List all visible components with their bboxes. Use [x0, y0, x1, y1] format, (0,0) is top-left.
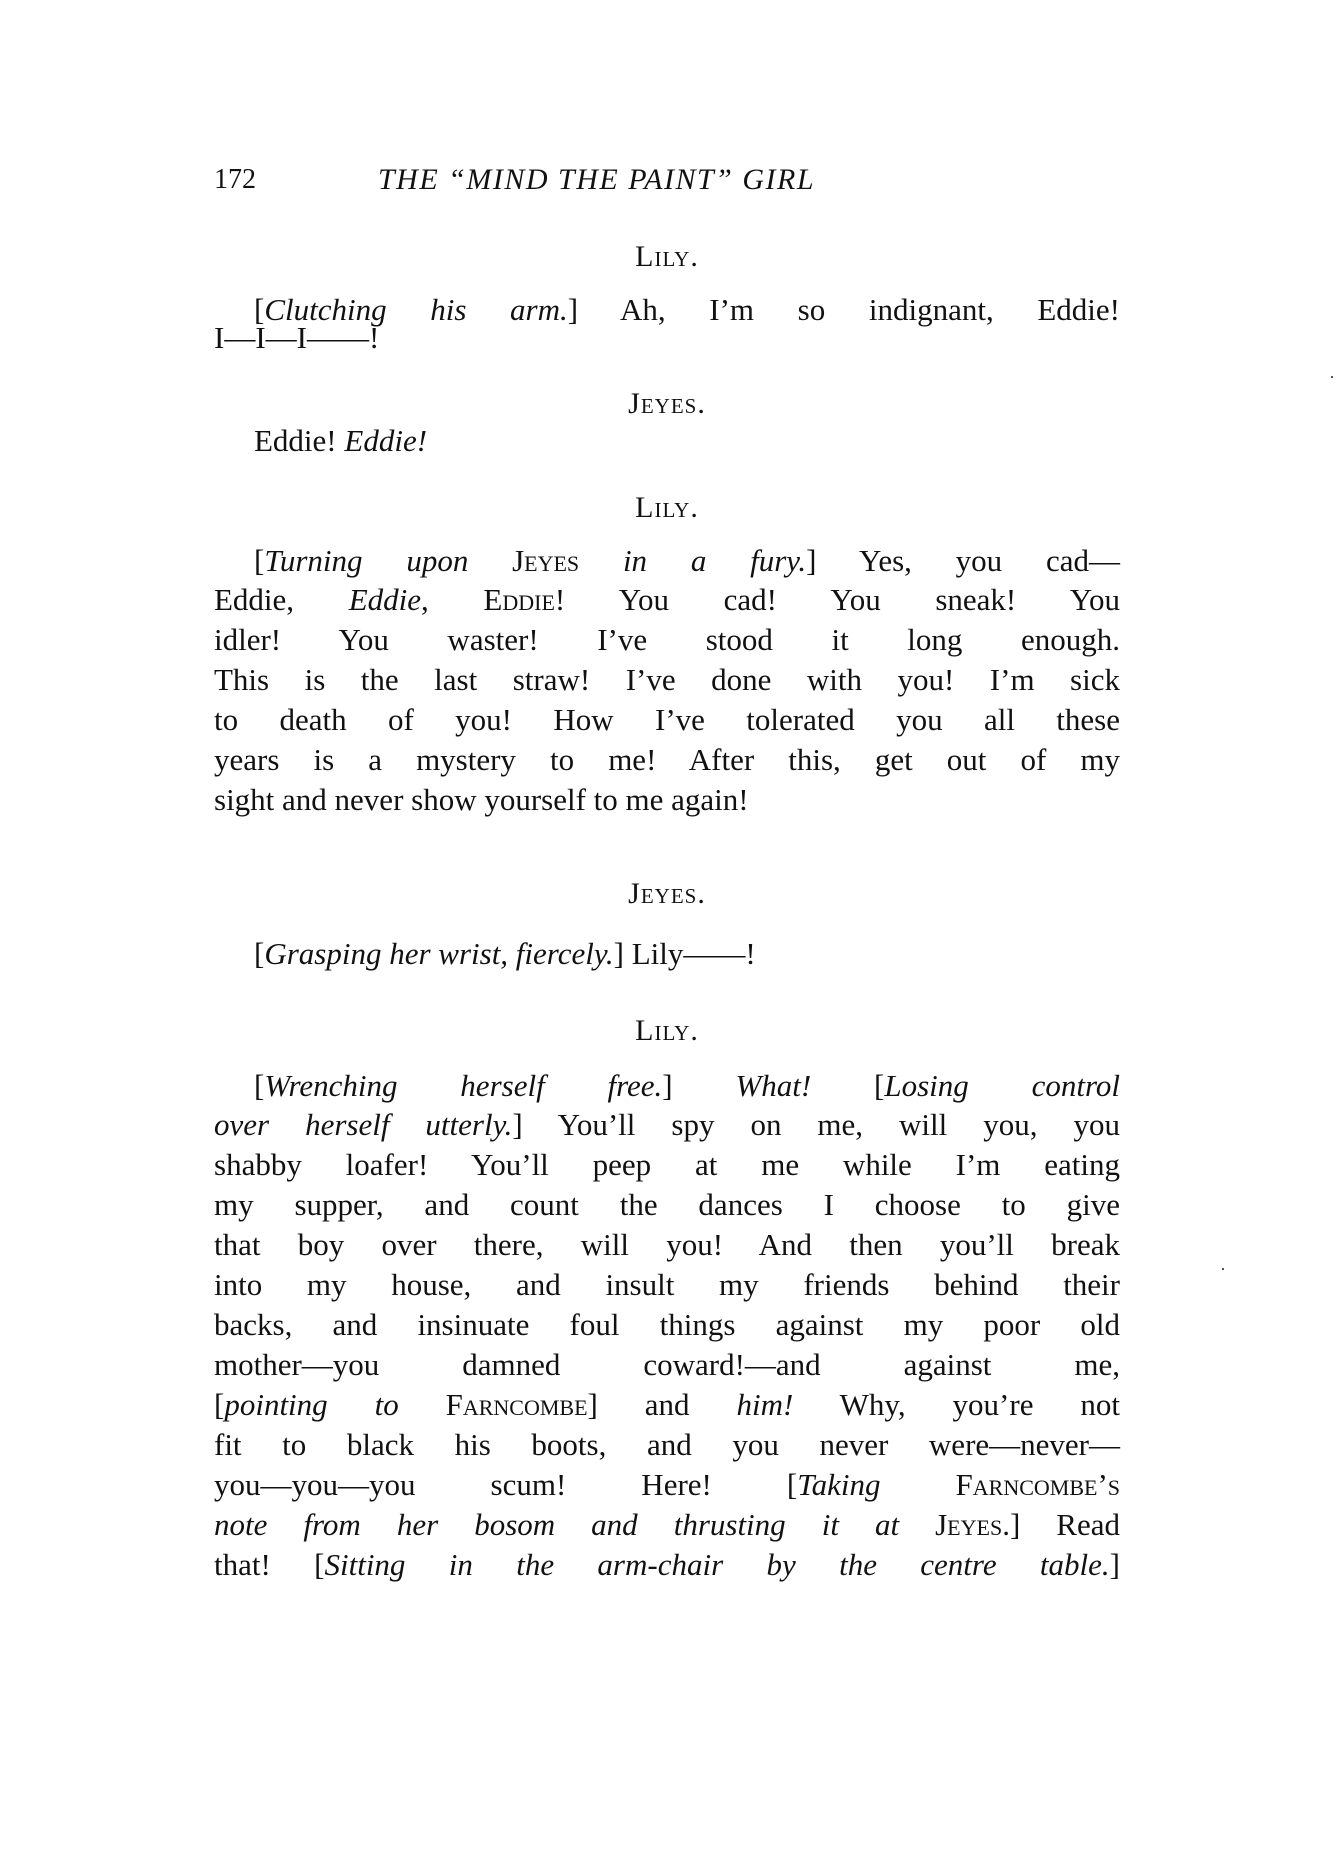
spoken-text: ] Yes, you cad—	[806, 543, 1120, 578]
dialogue-line: note from her bosom and thrusting it at …	[214, 1505, 1120, 1545]
dialogue-line: sight and never show yourself to me agai…	[214, 780, 1120, 820]
spoken-text: mother—you damned coward!—and against me…	[214, 1347, 1120, 1382]
spoken-text: that! [	[214, 1547, 324, 1582]
stage-direction-text: Eddie!	[344, 423, 427, 458]
dialogue-line: [pointing to Farncombe] and him! Why, yo…	[214, 1385, 1120, 1425]
spoken-text: backs, and insinuate foul things against…	[214, 1307, 1120, 1342]
spoken-text: [	[811, 1068, 884, 1103]
spoken-text: ]	[1110, 1547, 1120, 1582]
book-page: 172 THE “MIND THE PAINT” GIRL Lily. [Clu…	[0, 0, 1339, 1862]
spoken-text: .] Read	[1002, 1507, 1120, 1542]
dialogue-line: idler! You waster! I’ve stood it long en…	[214, 620, 1120, 660]
character-name: Farncombe	[446, 1387, 588, 1422]
stage-direction-text: pointing to	[224, 1387, 445, 1422]
dialogue-line: years is a mystery to me! After this, ge…	[214, 740, 1120, 780]
spoken-text: ] and	[588, 1387, 737, 1422]
dialogue-line: Eddie! Eddie!	[254, 421, 1120, 461]
stage-direction-text: Grasping her wrist, fiercely.	[264, 936, 613, 971]
spoken-text: ! You cad! You sneak! You	[555, 582, 1120, 617]
stage-direction-text: note from her bosom and thrusting it at	[214, 1507, 935, 1542]
dialogue-line: mother—you damned coward!—and against me…	[214, 1345, 1120, 1385]
spoken-text: [	[214, 1387, 224, 1422]
dialogue-line: backs, and insinuate foul things against…	[214, 1305, 1120, 1345]
stage-direction-text: in a fury.	[579, 543, 806, 578]
running-title: THE “MIND THE PAINT” GIRL	[378, 160, 815, 200]
stage-direction-text: Turning upon	[264, 543, 512, 578]
dialogue-line: to death of you! How I’ve tolerated you …	[214, 700, 1120, 740]
spoken-text: to death of you! How I’ve tolerated you …	[214, 702, 1120, 737]
speaker-heading: Jeyes.	[214, 384, 1120, 424]
stage-direction-text: over herself utterly.	[214, 1107, 512, 1142]
scan-speck	[1331, 376, 1333, 378]
spoken-text: [	[254, 936, 264, 971]
spoken-text: ]	[662, 1068, 735, 1103]
spoken-text: Eddie!	[254, 423, 344, 458]
dialogue-line: Eddie, Eddie, Eddie! You cad! You sneak!…	[214, 580, 1120, 620]
dialogue-line: I—I—I——!	[214, 318, 1120, 358]
stage-direction-text: Losing control	[884, 1068, 1120, 1103]
scan-speck	[1222, 1268, 1224, 1270]
running-head: 172 THE “MIND THE PAINT” GIRL	[214, 160, 1120, 200]
spoken-text: [	[254, 543, 264, 578]
stage-direction-text: Wrenching herself free.	[264, 1068, 662, 1103]
dialogue-line: [Turning upon Jeyes in a fury.] Yes, you…	[254, 541, 1120, 581]
dialogue-line: over herself utterly.] You’ll spy on me,…	[214, 1105, 1120, 1145]
dialogue-line: that boy over there, will you! And then …	[214, 1225, 1120, 1265]
dialogue-line: [Grasping her wrist, fiercely.] Lily——!	[254, 934, 1120, 974]
dialogue-line: that! [Sitting in the arm-chair by the c…	[214, 1545, 1120, 1585]
spoken-text: ] You’ll spy on me, will you, you	[512, 1107, 1120, 1142]
stage-direction-text: Sitting in the arm-chair by the centre t…	[324, 1547, 1109, 1582]
spoken-text: Why, you’re not	[793, 1387, 1120, 1422]
stage-direction-text: him!	[736, 1387, 793, 1422]
spoken-text: Eddie,	[214, 582, 349, 617]
spoken-text: ] Lily——!	[614, 936, 756, 971]
spoken-text: ,	[421, 582, 483, 617]
character-name: Farncombe’s	[956, 1467, 1120, 1502]
speaker-heading: Lily.	[214, 1011, 1120, 1051]
stage-direction-text: Eddie	[349, 582, 421, 617]
speaker-heading: Lily.	[214, 488, 1120, 528]
spoken-text: I—I—I——!	[214, 320, 379, 355]
character-name: Eddie	[483, 582, 554, 617]
character-name: Jeyes	[512, 543, 579, 578]
spoken-text: you—you—you scum! Here! [	[214, 1467, 797, 1502]
dialogue-line: you—you—you scum! Here! [Taking Farncomb…	[214, 1465, 1120, 1505]
speaker-heading: Jeyes.	[214, 874, 1120, 914]
dialogue-line: my supper, and count the dances I choose…	[214, 1185, 1120, 1225]
dialogue-line: This is the last straw! I’ve done with y…	[214, 660, 1120, 700]
page-number: 172	[214, 160, 256, 200]
spoken-text: into my house, and insult my friends beh…	[214, 1267, 1120, 1302]
dialogue-line: [Wrenching herself free.] What! [Losing …	[254, 1066, 1120, 1106]
stage-direction-text: Taking	[797, 1467, 955, 1502]
spoken-text: that boy over there, will you! And then …	[214, 1227, 1120, 1262]
spoken-text: years is a mystery to me! After this, ge…	[214, 742, 1120, 777]
spoken-text: This is the last straw! I’ve done with y…	[214, 662, 1120, 697]
dialogue-line: fit to black his boots, and you never we…	[214, 1425, 1120, 1465]
dialogue-line: shabby loafer! You’ll peep at me while I…	[214, 1145, 1120, 1185]
spoken-text: sight and never show yourself to me agai…	[214, 782, 749, 817]
character-name: Jeyes	[935, 1507, 1002, 1542]
stage-direction-text: What!	[735, 1068, 811, 1103]
speaker-heading: Lily.	[214, 237, 1120, 277]
spoken-text: shabby loafer! You’ll peep at me while I…	[214, 1147, 1120, 1182]
spoken-text: idler! You waster! I’ve stood it long en…	[214, 622, 1120, 657]
spoken-text: my supper, and count the dances I choose…	[214, 1187, 1120, 1222]
spoken-text: fit to black his boots, and you never we…	[214, 1427, 1120, 1462]
dialogue-line: into my house, and insult my friends beh…	[214, 1265, 1120, 1305]
spoken-text: [	[254, 1068, 264, 1103]
